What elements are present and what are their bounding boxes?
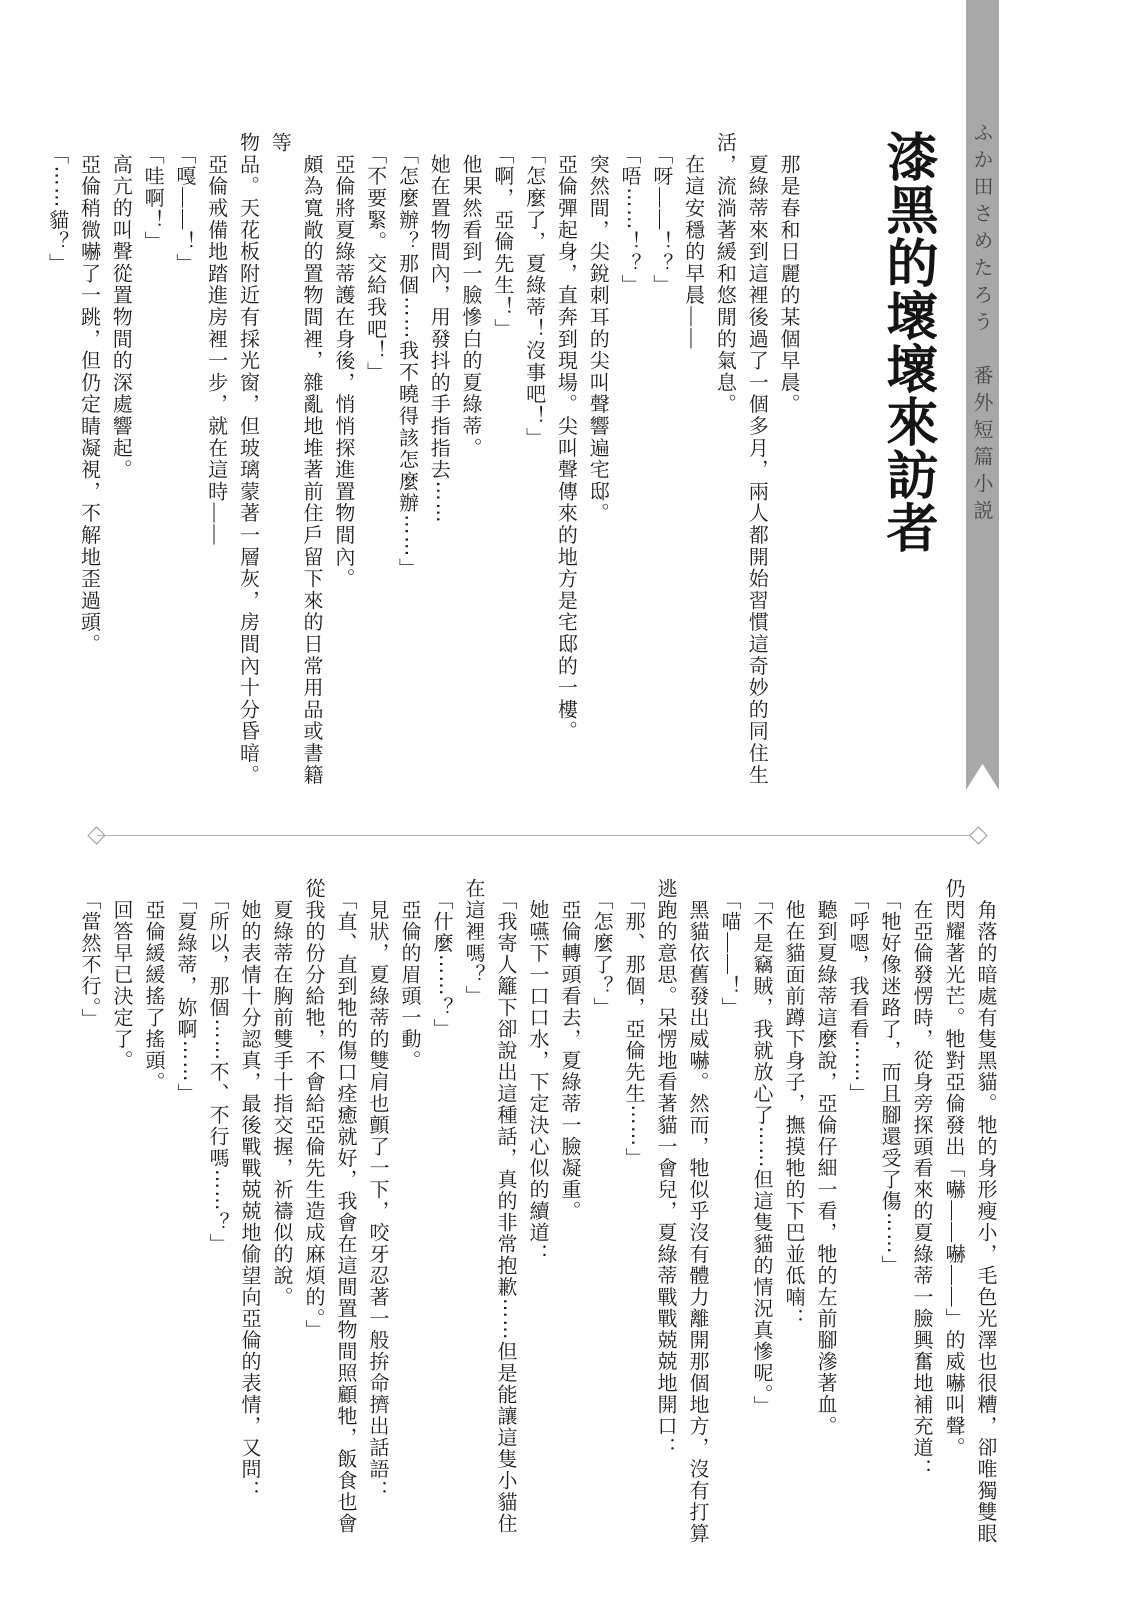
text-line: 「啊，亞倫先生！」: [485, 132, 517, 794]
text-line: 突然間，尖銳刺耳的尖叫聲響遍宅邸。: [580, 132, 612, 794]
text-line: 「嘎——！」: [167, 132, 199, 794]
text-line: 「我寄人籬下卻說出這種話，真的非常抱歉⋯⋯但是能讓這隻小貓住: [489, 878, 521, 1548]
story-text-bottom: 角落的暗處有隻黑貓。牠的身形瘦小，毛色光澤也很糟，卻唯獨雙眼仍閃耀著光芒。牠對亞…: [73, 878, 1001, 1548]
text-line: 「喵——！」: [713, 878, 745, 1548]
text-line: 逃跑的意思。呆愣地看著貓一會兒，夏綠蒂戰戰兢兢地開口：: [649, 878, 681, 1548]
text-line: 見狀，夏綠蒂的雙肩也顫了一下，咬牙忍著一般拚命擠出話語：: [361, 878, 393, 1548]
text-line: 頗為寬敞的置物間裡，雜亂地堆著前住戶留下來的日常用品或書籍等: [262, 132, 326, 794]
text-line: 亞倫緩緩搖了搖頭。: [137, 878, 169, 1548]
text-line: 「⋯⋯貓？」: [40, 132, 72, 794]
text-line: 他果然看到一臉慘白的夏綠蒂。: [453, 132, 485, 794]
text-line: 「直、直到牠的傷口痊癒就好，我會在這間置物間照顧牠，飯食也會: [329, 878, 361, 1548]
text-line: 角落的暗處有隻黑貓。牠的身形瘦小，毛色光澤也很糟，卻唯獨雙眼: [969, 878, 1001, 1548]
text-line: 回答早已決定了。: [105, 878, 137, 1548]
text-line: 亞倫彈起身，直奔到現場。尖叫聲傳來的地方是宅邸的一樓。: [549, 132, 581, 794]
story-title: 漆黑的壞壞來訪者: [880, 130, 932, 554]
text-line: 在這安穩的早晨——: [676, 132, 708, 794]
text-line: 「不要緊。交給我吧！」: [358, 132, 390, 794]
text-line: 物品。天花板附近有採光窗，但玻璃蒙著一層灰，房間內十分昏暗。: [231, 132, 263, 794]
text-line: 「哇啊！」: [135, 132, 167, 794]
text-line: 在這裡嗎？」: [457, 878, 489, 1548]
text-line: 「怎麼辦？那個⋯⋯我不曉得該怎麼辦⋯⋯」: [390, 132, 422, 794]
divider-line: [97, 835, 978, 836]
text-line: 黑貓依舊發出威嚇。然而，牠似乎沒有體力離開那個地方，沒有打算: [681, 878, 713, 1548]
text-line: 「不是竊賊，我就放心了⋯⋯但這隻貓的情況真慘呢。」: [745, 878, 777, 1548]
text-line: 「唔⋯⋯！？」: [612, 132, 644, 794]
text-line: 亞倫稍微嚇了一跳，但仍定睛凝視，不解地歪過頭。: [72, 132, 104, 794]
text-line: 活，流淌著緩和悠閒的氣息。: [708, 132, 740, 794]
text-line: 亞倫的眉頭一動。: [393, 878, 425, 1548]
text-line: 「牠好像迷路了，而且腳還受了傷⋯⋯」: [873, 878, 905, 1548]
text-line: 「呼嗯，我看看⋯⋯」: [841, 878, 873, 1548]
text-line: 亞倫將夏綠蒂護在身後，悄悄探進置物間內。: [326, 132, 358, 794]
bookmark-ribbon: ふか田さめたろう 番外短篇小説: [966, 0, 999, 790]
text-line: 聽到夏綠蒂這麼說，亞倫仔細一看，牠的左前腳滲著血。: [809, 878, 841, 1548]
text-line: 「當然不行。」: [73, 878, 105, 1548]
text-line: 她的表情十分認真，最後戰戰兢兢地偷望向亞倫的表情，又問：: [233, 878, 265, 1548]
text-line: 那是春和日麗的某個早晨。: [771, 132, 803, 794]
text-line: 「所以，那個⋯⋯不、不行嗎⋯⋯？」: [201, 878, 233, 1548]
text-line: 高亢的叫聲從置物間的深處響起。: [103, 132, 135, 794]
book-page: ふか田さめたろう 番外短篇小説 漆黑的壞壞來訪者 那是春和日麗的某個早晨。 夏綠…: [0, 0, 1129, 1600]
text-line: 仍閃耀著光芒。牠對亞倫發出「嚇——嚇——」的威嚇叫聲。: [937, 878, 969, 1548]
text-line: 「呀——！？」: [644, 132, 676, 794]
text-line: 「怎麼了？」: [585, 878, 617, 1548]
text-line: 「那、那個，亞倫先生⋯⋯」: [617, 878, 649, 1548]
story-text-top: 那是春和日麗的某個早晨。 夏綠蒂來到這裡後過了一個多月，兩人都開始習慣這奇妙的同…: [40, 132, 803, 794]
text-line: 她嚥下一口口水，下定決心似的續道：: [521, 878, 553, 1548]
text-line: 在亞倫發愣時，從身旁探頭看來的夏綠蒂一臉興奮地補充道：: [905, 878, 937, 1548]
text-line: 「怎麼了，夏綠蒂！沒事吧！」: [517, 132, 549, 794]
text-line: 夏綠蒂來到這裡後過了一個多月，兩人都開始習慣這奇妙的同住生: [739, 132, 771, 794]
text-line: 亞倫轉頭看去，夏綠蒂一臉凝重。: [553, 878, 585, 1548]
diamond-ornament-right: [969, 826, 987, 844]
text-line: 夏綠蒂在胸前雙手十指交握，祈禱似的說。: [265, 878, 297, 1548]
text-line: 亞倫戒備地踏進房裡一步，就在這時——: [199, 132, 231, 794]
text-line: 從我的份分給牠，不會給亞倫先生造成麻煩的。」: [297, 878, 329, 1548]
text-line: 「夏綠蒂，妳啊⋯⋯」: [169, 878, 201, 1548]
ribbon-label: ふか田さめたろう 番外短篇小説: [968, 122, 997, 527]
text-line: 「什麼⋯⋯？」: [425, 878, 457, 1548]
text-line: 她在置物間內，用發抖的手指指去⋯⋯: [421, 132, 453, 794]
text-line: 他在貓面前蹲下身子，撫摸牠的下巴並低喃：: [777, 878, 809, 1548]
section-divider: [90, 828, 985, 843]
